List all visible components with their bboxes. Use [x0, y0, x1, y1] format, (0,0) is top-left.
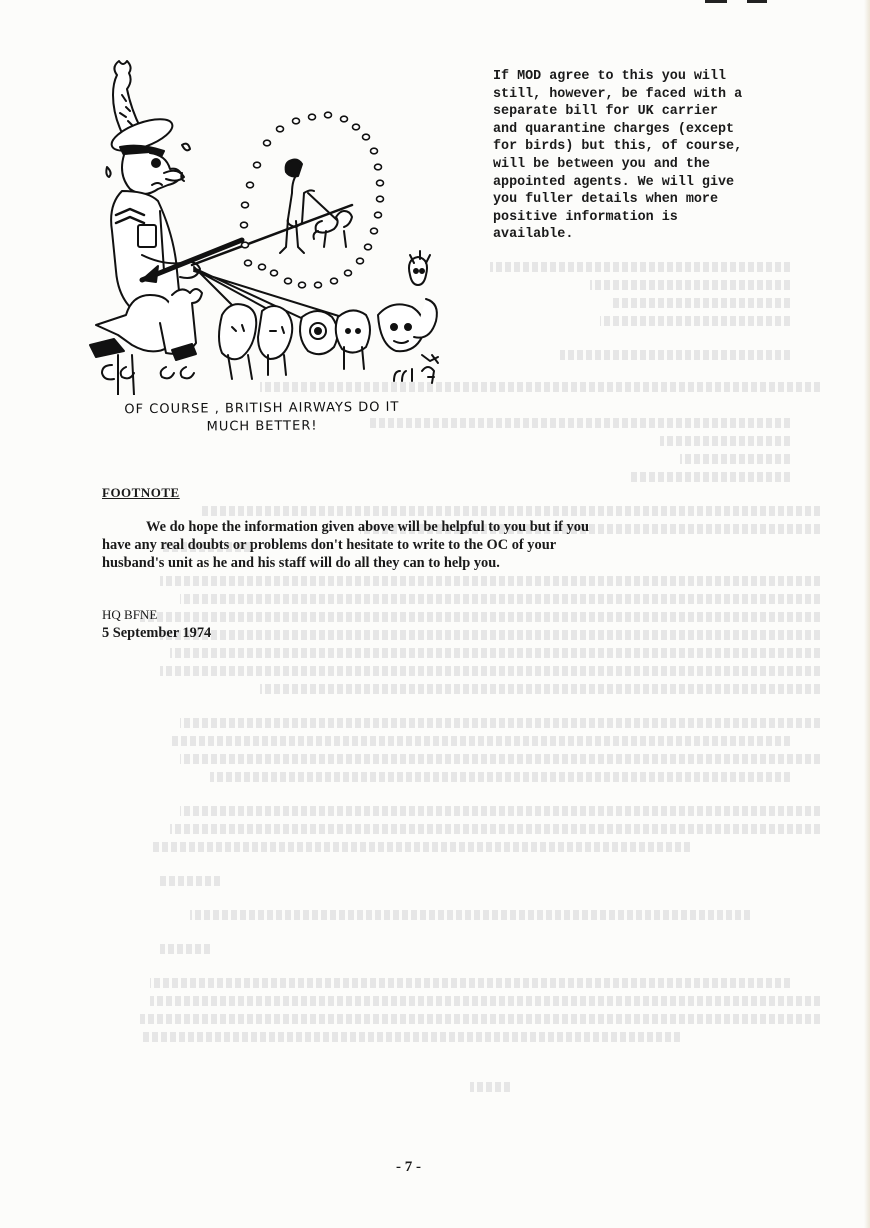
footnote-line: have any real doubts or problems don't h… [102, 537, 792, 555]
side-paragraph: If MOD agree to this you will still, how… [493, 68, 793, 244]
signature-date: 5 September 1974 [102, 624, 211, 642]
caption-line-2: MUCH BETTER! [82, 416, 442, 437]
side-line: still, however, be faced with a [493, 86, 793, 104]
page-number: - 7 - [396, 1159, 421, 1176]
side-line: will be between you and the [493, 156, 793, 174]
lady-with-poodle-icon [280, 160, 352, 254]
signature-org: HQ BFNE [102, 606, 211, 624]
side-line: appointed agents. We will give [493, 174, 793, 192]
footnote-body: We do hope the information given above w… [102, 519, 792, 572]
cartoon-caption: OF COURSE , BRITISH AIRWAYS DO IT MUCH B… [82, 398, 442, 437]
side-line: positive information is [493, 209, 793, 227]
side-line: If MOD agree to this you will [493, 68, 793, 86]
side-line: and quarantine charges (except [493, 121, 793, 139]
footnote-line: husband's unit as he and his staff will … [102, 555, 792, 573]
caption-line-1: OF COURSE , BRITISH AIRWAYS DO IT [82, 398, 442, 419]
page-edge [864, 0, 870, 1228]
side-line: for birds) but this, of course, [493, 138, 793, 156]
side-line: available. [493, 226, 793, 244]
side-line: you fuller details when more [493, 191, 793, 209]
side-line: separate bill for UK carrier [493, 103, 793, 121]
signature-block: HQ BFNE 5 September 1974 [102, 606, 211, 642]
footnote-heading: FOOTNOTE [102, 485, 180, 501]
cartoon-illustration [82, 55, 462, 395]
footnote-line: We do hope the information given above w… [102, 519, 792, 537]
